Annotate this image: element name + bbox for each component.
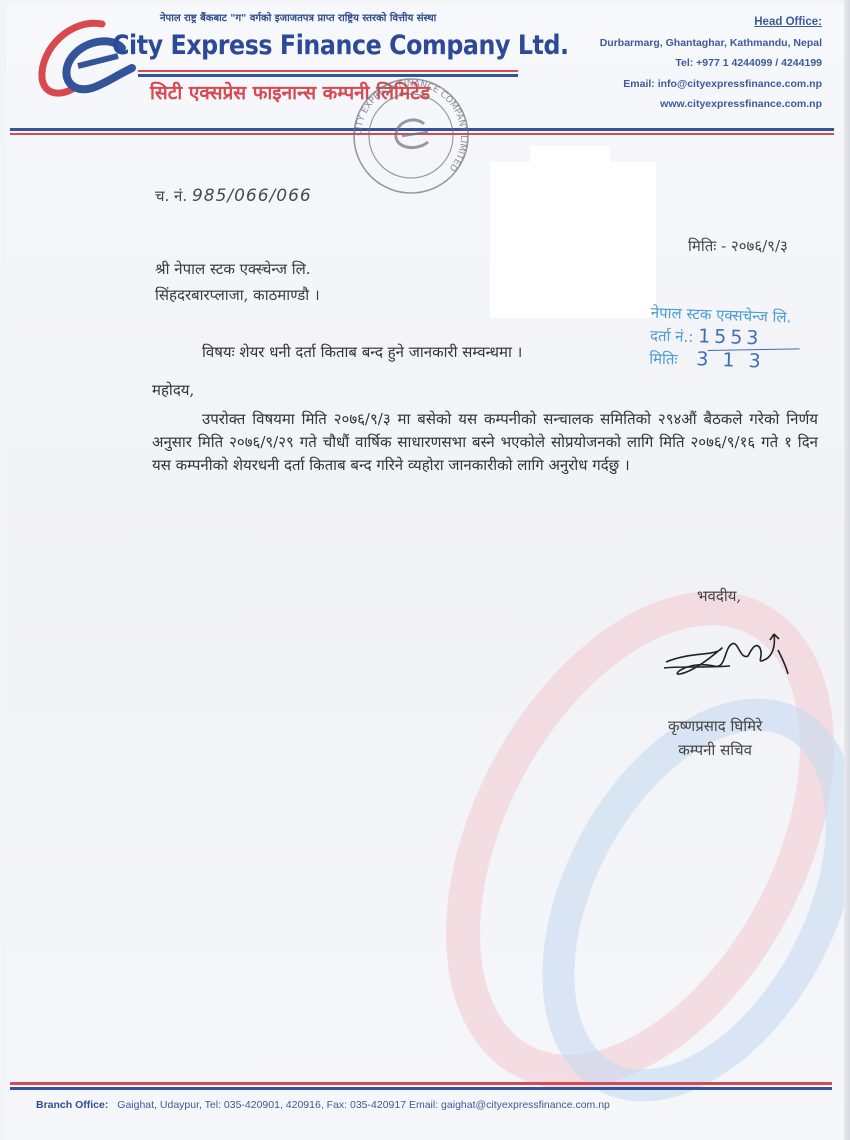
head-office-email: Email: info@cityexpressfinance.com.np [600, 74, 822, 95]
branch-office-text: Gaighat, Udaypur, Tel: 035-420901, 42091… [117, 1099, 610, 1111]
redaction-box [490, 162, 656, 318]
receipt-date-label: मितिः [649, 350, 678, 369]
company-name-english: City Express Finance Company Ltd. [112, 30, 569, 61]
receipt-stamp: नेपाल स्टक एक्सचेन्ज लि. दर्ता नं.: 1553… [649, 302, 792, 375]
branch-office-label: Branch Office: [36, 1099, 108, 1111]
header-divider-red [138, 70, 518, 72]
signatory-title: कम्पनी सचिव [668, 738, 762, 762]
receipt-date-value: 3 1 3 [696, 348, 765, 372]
receipt-reg-label: दर्ता नं.: [650, 327, 694, 347]
letterhead-tagline: नेपाल राष्ट्र बैंकबाट "ग" वर्गको इजाजतपत… [160, 10, 436, 24]
head-office-address: Durbarmarg, Ghantaghar, Kathmandu, Nepal [600, 33, 822, 54]
reference-number: च. नं. 985/066/066 [155, 186, 312, 206]
svg-text:CITY EXPRESS FINANCE COMPANY L: CITY EXPRESS FINANCE COMPANY LIMITED [354, 79, 468, 173]
signatory-block: कृष्णप्रसाद घिमिरे कम्पनी सचिव [668, 714, 762, 762]
signature-icon [660, 630, 795, 685]
footer-rule-red [10, 1082, 832, 1085]
ref-number-handwritten: 985/066/066 [192, 186, 312, 206]
signatory-name: कृष्णप्रसाद घिमिरे [668, 714, 762, 738]
company-seal-icon: CITY EXPRESS FINANCE COMPANY LIMITED [346, 76, 476, 196]
recipient-line-2: सिंहदरबारप्लाजा, काठमाण्डौ । [155, 282, 320, 308]
letter-subject: विषयः शेयर धनी दर्ता किताब बन्द हुने जान… [202, 342, 522, 362]
letter-body: उपरोक्त विषयमा मिति २०७६/९/३ मा बसेको यस… [152, 408, 818, 477]
scan-edge [844, 0, 850, 1140]
recipient-line-1: श्री नेपाल स्टक एक्स्चेन्ज लि. [155, 256, 320, 282]
branch-office: Branch Office: Gaighat, Udaypur, Tel: 03… [36, 1099, 610, 1111]
head-office-tel: Tel: +977 1 4244099 / 4244199 [600, 53, 822, 74]
footer-rule-blue [10, 1087, 832, 1090]
letter-date: मितिः - २०७६/९/३ [688, 236, 788, 256]
head-office-title: Head Office: [600, 12, 822, 33]
salutation: महोदय, [152, 380, 194, 400]
recipient-address: श्री नेपाल स्टक एक्स्चेन्ज लि. सिंहदरबार… [155, 256, 320, 308]
receipt-reg-number: 1553 [698, 325, 763, 349]
letter-body-text: उपरोक्त विषयमा मिति २०७६/९/३ मा बसेको यस… [152, 410, 818, 474]
head-office-website: www.cityexpressfinance.com.np [600, 94, 822, 115]
head-office-block: Head Office: Durbarmarg, Ghantaghar, Kat… [600, 12, 822, 115]
ref-label: च. नं. [155, 187, 187, 205]
closing: भवदीय, [697, 586, 741, 606]
